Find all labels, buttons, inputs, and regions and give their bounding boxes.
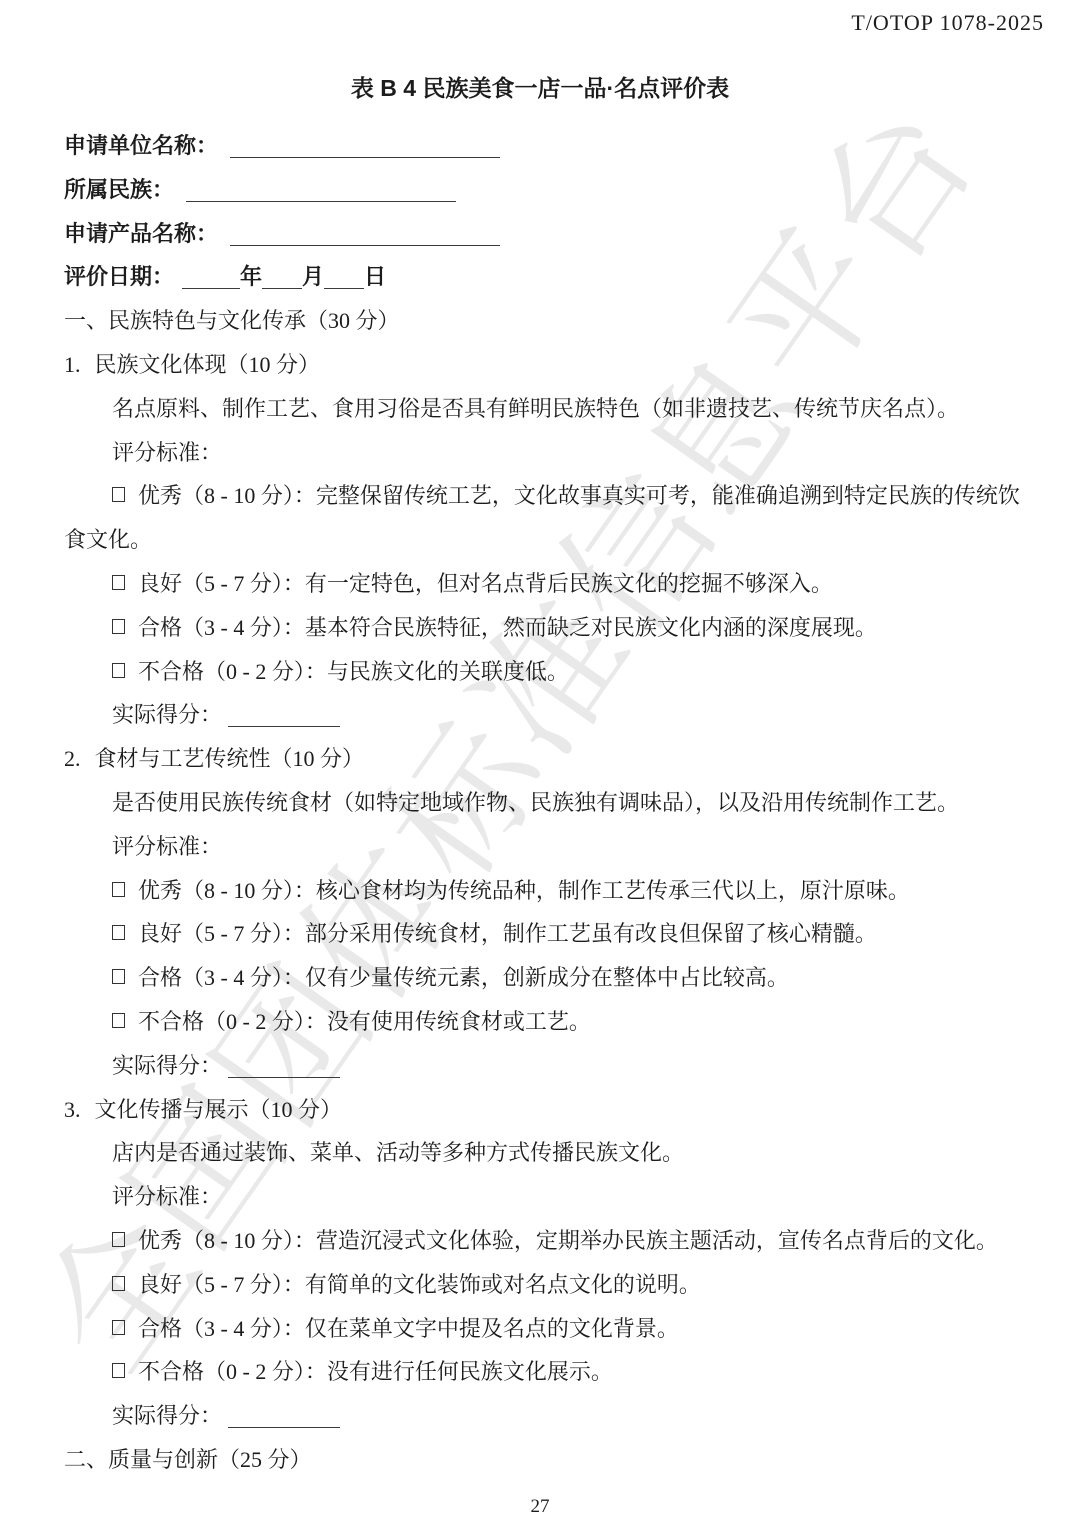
item-title-text: 民族文化体现（10 分） [95,352,321,377]
item-number: 2. [64,746,81,771]
criterion-text: 合格（3 - 4 分）：仅有少量传统元素，创新成分在整体中占比较高。 [138,965,789,990]
criterion-row: 不合格（0 - 2 分）：没有进行任何民族文化展示。 [64,1350,1074,1394]
date-unit-year: 年 [240,264,262,289]
criterion-row: 不合格（0 - 2 分）：没有使用传统食材或工艺。 [64,1000,1074,1044]
checkbox-icon [112,1320,125,1335]
blank-line [230,131,500,158]
item-number: 1. [64,352,81,377]
criterion-text: 合格（3 - 4 分）：仅在菜单文字中提及名点的文化背景。 [138,1316,679,1341]
checkbox-icon [112,925,125,940]
criterion-row: 良好（5 - 7 分）：部分采用传统食材，制作工艺虽有改良但保留了核心精髓。 [64,912,1074,956]
form-field-product-name: 申请产品名称： [64,212,1074,256]
checkbox-icon [112,1013,125,1028]
checkbox-icon [112,969,125,984]
field-label: 申请产品名称： [64,221,218,246]
criterion-text: 不合格（0 - 2 分）：没有进行任何民族文化展示。 [138,1359,613,1384]
form-field-applicant-unit: 申请单位名称： [64,124,1074,168]
field-label: 申请单位名称： [64,133,218,158]
section-heading-1: 一、民族特色与文化传承（30 分） [64,299,1074,343]
criterion-text: 优秀（8 - 10 分）：完整保留传统工艺，文化故事真实可考，能准确追溯到特定民… [138,483,1020,508]
score-label: 实际得分： [112,1053,222,1078]
item-description: 是否使用民族传统食材（如特定地域作物、民族独有调味品），以及沿用传统制作工艺。 [64,781,1074,825]
item-title-1: 1.民族文化体现（10 分） [64,343,1074,387]
item-title-text: 文化传播与展示（10 分） [95,1097,343,1122]
criterion-text: 良好（5 - 7 分）：有简单的文化装饰或对名点文化的说明。 [138,1272,701,1297]
date-unit-month: 月 [302,264,324,289]
criterion-text: 不合格（0 - 2 分）：与民族文化的关联度低。 [138,659,569,684]
criterion-text: 不合格（0 - 2 分）：没有使用传统食材或工艺。 [138,1009,591,1034]
score-blank-line [228,1051,340,1078]
criterion-row: 不合格（0 - 2 分）：与民族文化的关联度低。 [64,650,1074,694]
criterion-row: 合格（3 - 4 分）：基本符合民族特征，然而缺乏对民族文化内涵的深度展现。 [64,606,1074,650]
criterion-text: 良好（5 - 7 分）：有一定特色，但对名点背后民族文化的挖掘不够深入。 [138,571,833,596]
criteria-label: 评分标准： [64,825,1074,869]
criterion-row: 优秀（8 - 10 分）：营造沉浸式文化体验，定期举办民族主题活动，宣传名点背后… [64,1219,1074,1263]
checkbox-icon [112,882,125,897]
criterion-row: 良好（5 - 7 分）：有一定特色，但对名点背后民族文化的挖掘不够深入。 [64,562,1074,606]
checkbox-icon [112,487,125,502]
score-row: 实际得分： [64,693,1074,737]
checkbox-icon [112,619,125,634]
item-title-text: 食材与工艺传统性（10 分） [95,746,365,771]
score-row: 实际得分： [64,1044,1074,1088]
criterion-text: 优秀（8 - 10 分）：核心食材均为传统品种，制作工艺传承三代以上，原汁原味。 [138,878,910,903]
section-heading-2: 二、质量与创新（25 分） [64,1438,1074,1482]
blank-line-year [182,262,240,289]
criterion-row: 合格（3 - 4 分）：仅有少量传统元素，创新成分在整体中占比较高。 [64,956,1074,1000]
criterion-text: 合格（3 - 4 分）：基本符合民族特征，然而缺乏对民族文化内涵的深度展现。 [138,615,877,640]
item-number: 3. [64,1097,81,1122]
checkbox-icon [112,1363,125,1378]
blank-line-day [324,262,364,289]
score-blank-line [228,1401,340,1428]
document-body: 申请单位名称： 所属民族： 申请产品名称： 评价日期：年月日 一、民族特色与文化… [64,124,1074,1482]
field-label: 评价日期： [64,264,174,289]
item-description: 名点原料、制作工艺、食用习俗是否具有鲜明民族特色（如非遗技艺、传统节庆名点）。 [64,387,1074,431]
criterion-row: 优秀（8 - 10 分）：核心食材均为传统品种，制作工艺传承三代以上，原汁原味。 [64,869,1074,913]
criteria-label: 评分标准： [64,1175,1074,1219]
date-unit-day: 日 [364,264,386,289]
page-number: 27 [0,1496,1080,1518]
criteria-label: 评分标准： [64,431,1074,475]
checkbox-icon [112,1232,125,1247]
page-title: 表 B 4 民族美食一店一品·名点评价表 [0,70,1080,103]
field-label: 所属民族： [64,177,174,202]
item-title-3: 3.文化传播与展示（10 分） [64,1088,1074,1132]
blank-line-month [262,262,302,289]
standard-number: T/OTOP 1078-2025 [851,10,1044,36]
criterion-row: 优秀（8 - 10 分）：完整保留传统工艺，文化故事真实可考，能准确追溯到特定民… [64,474,1074,518]
blank-line [186,175,456,202]
form-field-evaluation-date: 评价日期：年月日 [64,255,1074,299]
checkbox-icon [112,663,125,678]
item-title-2: 2.食材与工艺传统性（10 分） [64,737,1074,781]
criterion-text: 优秀（8 - 10 分）：营造沉浸式文化体验，定期举办民族主题活动，宣传名点背后… [138,1228,998,1253]
score-label: 实际得分： [112,1403,222,1428]
blank-line [230,219,500,246]
item-description: 店内是否通过装饰、菜单、活动等多种方式传播民族文化。 [64,1131,1074,1175]
criterion-text: 良好（5 - 7 分）：部分采用传统食材，制作工艺虽有改良但保留了核心精髓。 [138,921,877,946]
form-field-ethnic-group: 所属民族： [64,168,1074,212]
checkbox-icon [112,1276,125,1291]
score-blank-line [228,700,340,727]
criterion-row: 良好（5 - 7 分）：有简单的文化装饰或对名点文化的说明。 [64,1263,1074,1307]
criterion-row: 合格（3 - 4 分）：仅在菜单文字中提及名点的文化背景。 [64,1307,1074,1351]
score-row: 实际得分： [64,1394,1074,1438]
score-label: 实际得分： [112,702,222,727]
criterion-continuation: 食文化。 [64,518,1074,562]
checkbox-icon [112,575,125,590]
